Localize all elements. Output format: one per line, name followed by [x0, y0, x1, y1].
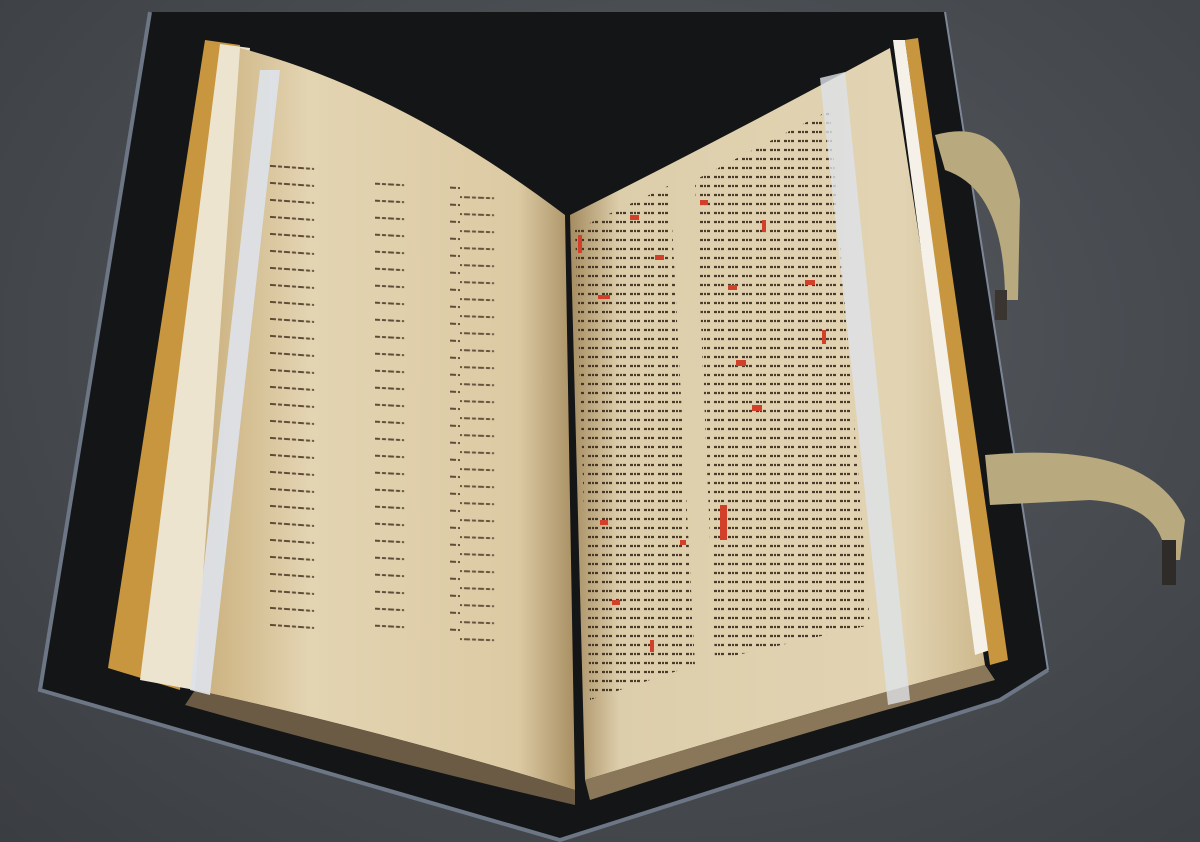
manuscript-photo [0, 0, 1200, 842]
